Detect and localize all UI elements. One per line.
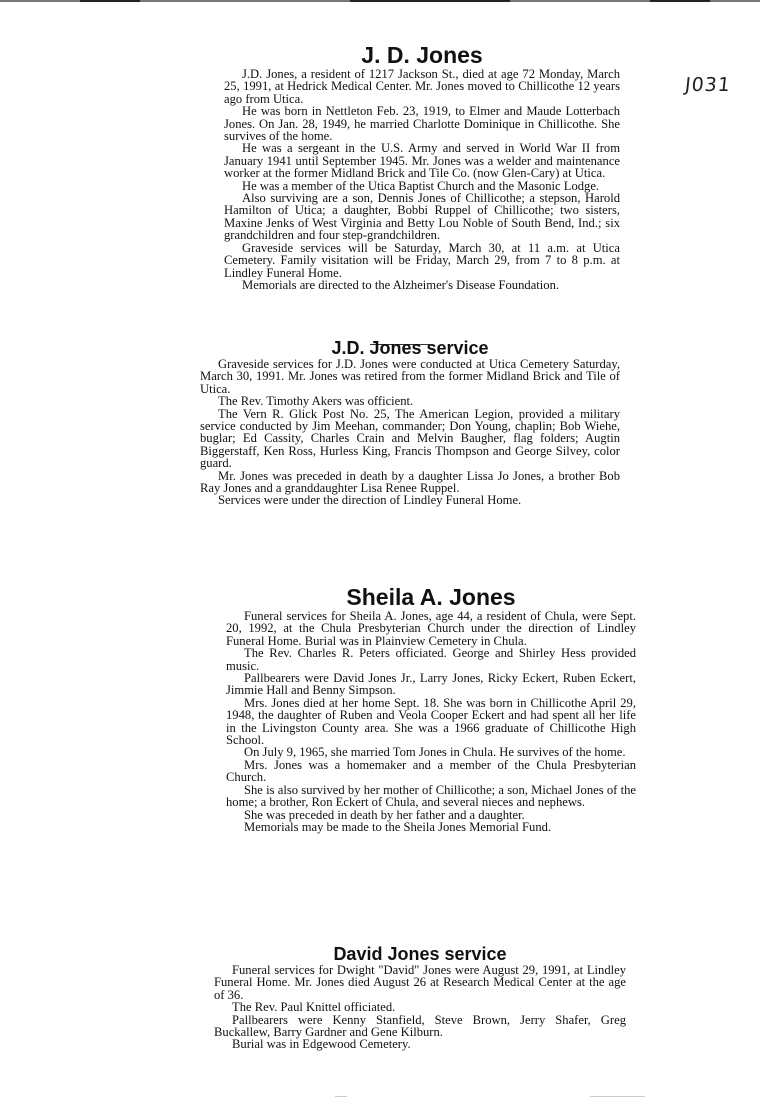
paragraph: Memorials are directed to the Alzheimer'… (224, 279, 620, 291)
paragraph: Graveside services will be Saturday, Mar… (224, 242, 620, 279)
paragraph: The Vern R. Glick Post No. 25, The Ameri… (200, 408, 620, 470)
paragraph: Funeral services for Dwight "David" Jone… (214, 964, 626, 1001)
paragraph: Pallbearers were David Jones Jr., Larry … (226, 672, 636, 697)
paragraph: Funeral services for Sheila A. Jones, ag… (226, 610, 636, 647)
paragraph: She is also survived by her mother of Ch… (226, 784, 636, 809)
paragraph: The Rev. Paul Knittel officiated. (214, 1001, 626, 1013)
scan-top-edge (0, 0, 760, 2)
headline: J.D. Jones service (200, 338, 620, 358)
article-body: Funeral services for Dwight "David" Jone… (214, 964, 626, 1051)
scan-edge-shadow (80, 0, 140, 2)
paragraph: Graveside services for J.D. Jones were c… (200, 358, 620, 395)
paragraph: He was a sergeant in the U.S. Army and s… (224, 142, 620, 179)
article-jd-jones-service: J.D. Jones service Graveside services fo… (200, 338, 620, 507)
paragraph: Mrs. Jones died at her home Sept. 18. Sh… (226, 697, 636, 747)
paragraph: The Rev. Charles R. Peters officiated. G… (226, 647, 636, 672)
headline: J. D. Jones (224, 42, 620, 68)
obituary-jd-jones: J. D. Jones J.D. Jones, a resident of 12… (224, 42, 620, 291)
paragraph: Burial was in Edgewood Cemetery. (214, 1038, 626, 1050)
paragraph: Also surviving are a son, Dennis Jones o… (224, 192, 620, 242)
article-body: Graveside services for J.D. Jones were c… (200, 358, 620, 507)
scan-artifact (590, 1096, 645, 1097)
paragraph: On July 9, 1965, she married Tom Jones i… (226, 746, 636, 758)
paragraph: Mr. Jones was preceded in death by a dau… (200, 470, 620, 495)
article-david-jones-service: David Jones service Funeral services for… (214, 944, 626, 1051)
obituary-sheila-jones: Sheila A. Jones Funeral services for She… (226, 584, 636, 833)
paragraph: Mrs. Jones was a homemaker and a member … (226, 759, 636, 784)
scan-edge-shadow (350, 0, 510, 2)
article-body: J.D. Jones, a resident of 1217 Jackson S… (224, 68, 620, 291)
article-body: Funeral services for Sheila A. Jones, ag… (226, 610, 636, 833)
paragraph: Services were under the direction of Lin… (200, 494, 620, 506)
paragraph: He was born in Nettleton Feb. 23, 1919, … (224, 105, 620, 142)
headline: Sheila A. Jones (226, 584, 636, 610)
archive-code-annotation: J031 (684, 74, 732, 96)
paragraph: The Rev. Timothy Akers was officient. (200, 395, 620, 407)
scan-edge-shadow (650, 0, 710, 2)
headline: David Jones service (214, 944, 626, 964)
paragraph: Pallbearers were Kenny Stanfield, Steve … (214, 1014, 626, 1039)
scan-artifact (335, 1096, 347, 1097)
paragraph: J.D. Jones, a resident of 1217 Jackson S… (224, 68, 620, 105)
paragraph: Memorials may be made to the Sheila Jone… (226, 821, 636, 833)
